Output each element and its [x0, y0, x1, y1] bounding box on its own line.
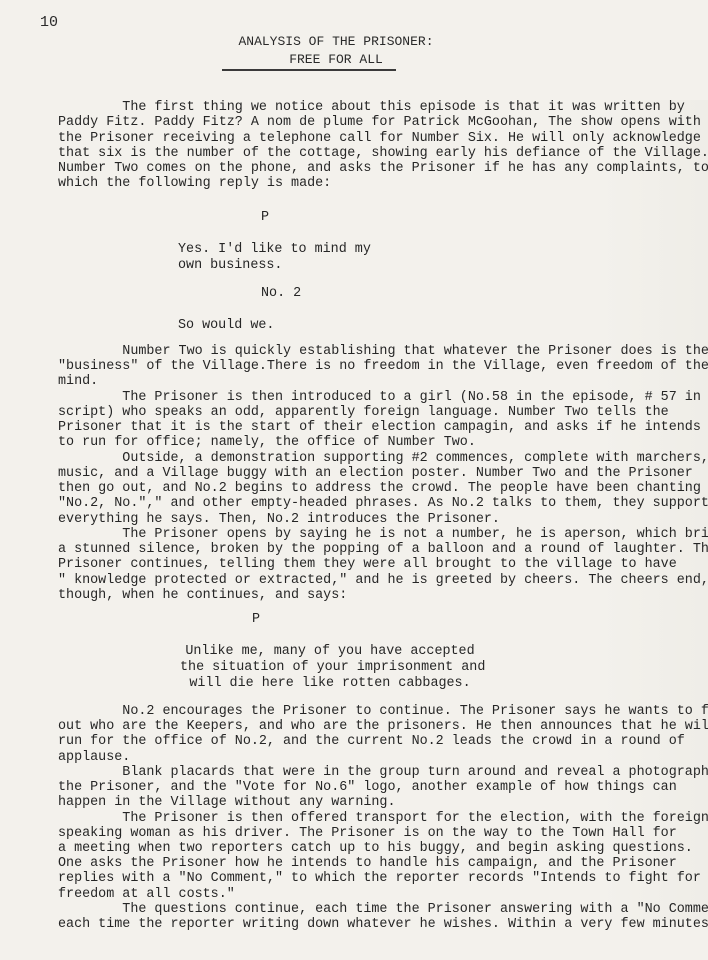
text-line: One asks the Prisoner how he intends to … [58, 856, 676, 871]
text-line: The Prisoner opens by saying he is not a… [58, 527, 676, 542]
text-line: the Prisoner, and the "Vote for No.6" lo… [58, 780, 676, 795]
text-line: Number Two comes on the phone, and asks … [58, 161, 676, 176]
text-line: The Prisoner is then offered transport f… [58, 811, 676, 826]
dialogue-line: Unlike me, many of you have accepted [180, 644, 480, 660]
text-line: The Prisoner is then introduced to a gir… [58, 390, 676, 405]
text-line: which the following reply is made: [58, 176, 676, 191]
text-line: " knowledge protected or extracted," and… [58, 573, 676, 588]
text-line: Paddy Fitz. Paddy Fitz? A nom de plume f… [58, 115, 676, 130]
dialogue-line: own business. [178, 258, 282, 274]
text-line: replies with a "No Comment," to which th… [58, 871, 676, 886]
text-line: speaking woman as his driver. The Prison… [58, 826, 676, 841]
text-line: "business" of the Village.There is no fr… [58, 359, 676, 374]
page-number: 10 [40, 14, 58, 31]
text-line: script) who speaks an odd, apparently fo… [58, 405, 676, 420]
text-line: everything he says. Then, No.2 introduce… [58, 512, 676, 527]
text-line: though, when he continues, and says: [58, 588, 676, 603]
speaker-label: P [261, 210, 269, 225]
text-line: freedom at all costs." [58, 887, 676, 902]
dialogue-line: So would we. [178, 318, 274, 334]
text-line: applause. [58, 750, 676, 765]
text-line: a meeting when two reporters catch up to… [58, 841, 676, 856]
text-line: the Prisoner receiving a telephone call … [58, 131, 676, 146]
dialogue-line: will die here like rotten cabbages. [180, 676, 480, 692]
text-line: Blank placards that were in the group tu… [58, 765, 676, 780]
text-line: a stunned silence, broken by the popping… [58, 542, 676, 557]
speaker-label: No. 2 [261, 286, 301, 301]
text-line: out who are the Keepers, and who are the… [58, 719, 676, 734]
dialogue-line: Yes. I'd like to mind my [178, 242, 371, 258]
text-line: Prisoner that it is the start of their e… [58, 420, 676, 435]
title-line-1: ANALYSIS OF THE PRISONER: [0, 34, 690, 49]
text-line: mind. [58, 374, 676, 389]
title-underline [222, 69, 396, 71]
text-line: that six is the number of the cottage, s… [58, 146, 676, 161]
text-line: Number Two is quickly establishing that … [58, 344, 676, 359]
text-line: No.2 encourages the Prisoner to continue… [58, 704, 676, 719]
text-line: then go out, and No.2 begins to address … [58, 481, 676, 496]
text-line: to run for office; namely, the office of… [58, 435, 676, 450]
text-line: music, and a Village buggy with an elect… [58, 466, 676, 481]
text-line: run for the office of No.2, and the curr… [58, 734, 676, 749]
text-line: Prisoner continues, telling them they we… [58, 557, 676, 572]
text-line: The first thing we notice about this epi… [58, 100, 676, 115]
text-line: Outside, a demonstration supporting #2 c… [58, 451, 676, 466]
dialogue-line: the situation of your imprisonment and [180, 660, 480, 676]
text-line: The questions continue, each time the Pr… [58, 902, 676, 917]
document-page: 10 ANALYSIS OF THE PRISONER: FREE FOR AL… [0, 0, 708, 960]
title-line-2: FREE FOR ALL [0, 52, 690, 67]
speaker-label: P [252, 612, 260, 627]
text-line: each time the reporter writing down what… [58, 917, 676, 932]
text-line: "No.2, No."," and other empty-headed phr… [58, 496, 676, 511]
text-line: happen in the Village without any warnin… [58, 795, 676, 810]
